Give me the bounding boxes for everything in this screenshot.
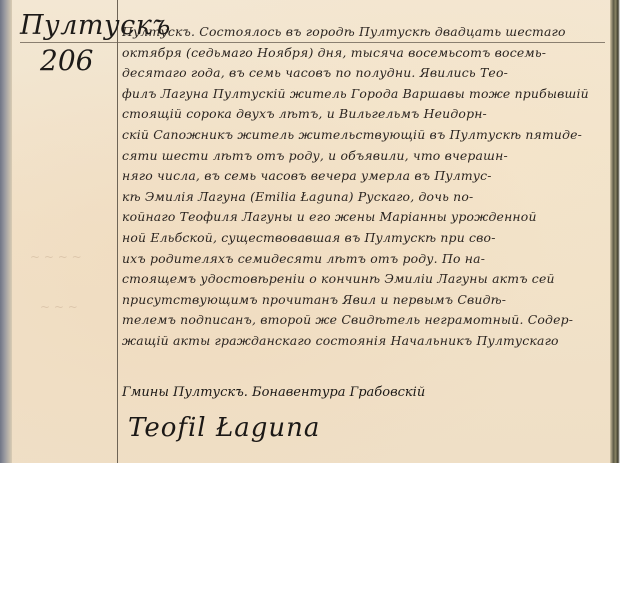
right-binding-edge bbox=[610, 0, 620, 463]
record-line: жащій акты гражданскаго состоянія Началь… bbox=[122, 331, 610, 352]
signature-block: Гмины Пултускъ. Бонавентура Грабовскій T… bbox=[122, 382, 602, 448]
official-signature-line: Гмины Пултускъ. Бонавентура Грабовскій bbox=[122, 382, 602, 404]
record-line: октября (седьмаго Ноября) дня, тысяча во… bbox=[122, 43, 610, 64]
record-line: ихъ родителяхъ семидесяти лѣтъ отъ роду.… bbox=[122, 249, 610, 270]
bleed-through-text: ~ ~ ~ ~ bbox=[30, 250, 82, 264]
margin-place-name: Пултускъ bbox=[20, 8, 116, 44]
witness-signature: Teofil Łaguna bbox=[128, 408, 602, 448]
record-line: Пултускъ. Состоялось въ городѣ Пултускѣ … bbox=[122, 22, 610, 43]
record-line: койнаго Теофиля Лагуны и его жены Маріан… bbox=[122, 207, 610, 228]
record-line: стоящемъ удостовѣреніи о кончинѣ Эмиліи … bbox=[122, 269, 610, 290]
record-body: Пултускъ. Состоялось въ городѣ Пултускѣ … bbox=[122, 22, 610, 352]
record-line: десятаго года, въ семь часовъ по полудни… bbox=[122, 63, 610, 84]
record-line: скій Сапожникъ житель жительствующій въ … bbox=[122, 125, 610, 146]
record-line: стоящій сорока двухъ лѣтъ, и Вильгельмъ … bbox=[122, 104, 610, 125]
record-line: телемъ подписанъ, второй же Свидѣтель не… bbox=[122, 310, 610, 331]
record-line: ной Ельбской, существовавшая въ Пултускѣ… bbox=[122, 228, 610, 249]
record-line: сяти шести лѣтъ отъ роду, и объявили, чт… bbox=[122, 146, 610, 167]
scanned-page: ~ ~ ~ ~ ~ ~ ~ Пултускъ 206 Пултускъ. Сос… bbox=[0, 0, 620, 463]
bleed-through-text: ~ ~ ~ bbox=[40, 300, 78, 314]
left-binding-edge bbox=[0, 0, 12, 463]
record-line: няго числа, въ семь часовъ вечера умерла… bbox=[122, 166, 610, 187]
blank-page-area bbox=[0, 463, 620, 589]
record-line: присутствующимъ прочитанъ Явил и первымъ… bbox=[122, 290, 610, 311]
record-line: филъ Лагуна Пултускій житель Города Варш… bbox=[122, 84, 610, 105]
margin-column: Пултускъ 206 bbox=[20, 8, 116, 78]
margin-rule-line bbox=[117, 0, 118, 463]
record-line: кѣ Эмилія Лагуна (Emilia Łagunа) Рускаго… bbox=[122, 187, 610, 208]
record-number: 206 bbox=[40, 44, 116, 78]
